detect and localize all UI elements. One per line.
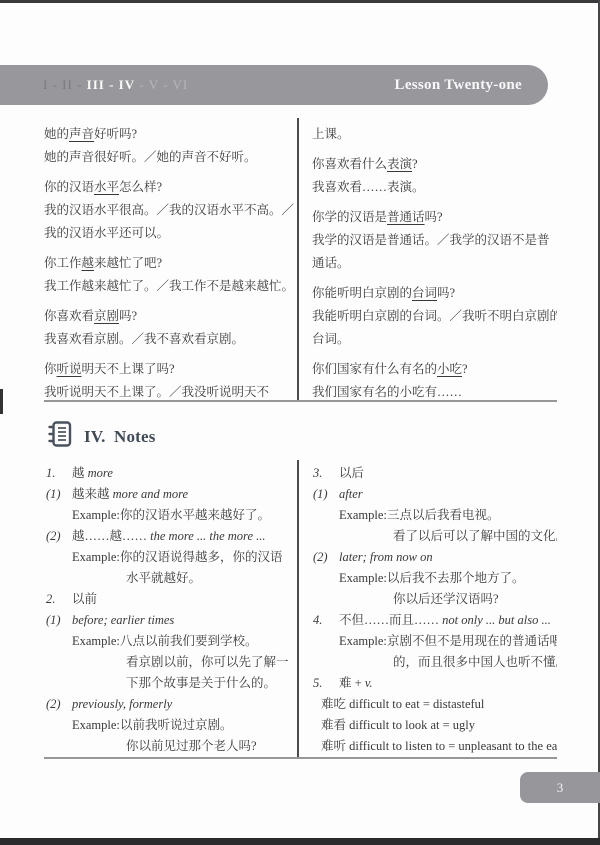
qa-group: 你喜欢看京剧吗?我喜欢看京剧。／我不喜欢看京剧。 (44, 305, 297, 351)
note-row: (1)after (311, 484, 557, 505)
key-word-underlined: 声音 (69, 127, 94, 141)
qa-line: 你学的汉语是普通话吗? (312, 206, 557, 229)
qa-line: 你喜欢看京剧吗? (44, 305, 297, 328)
note-row: 你以后还学汉语吗? (311, 589, 557, 610)
note-label: Example: (72, 715, 120, 736)
note-text: 越 more (72, 466, 113, 480)
qa-line: 我能听明白京剧的台词。／我听不明白京剧的 (312, 305, 557, 328)
note-text: 难听 difficult to listen to = unpleasant t… (321, 739, 557, 753)
note-label: Example: (339, 568, 387, 589)
text-segment: 我的汉语水平很高。／我的汉语水平不高。／ (44, 203, 294, 217)
text-segment: 你工作 (44, 256, 82, 270)
note-label: 2. (46, 589, 55, 610)
text-segment: 的，而且很多中国人也听不懂。 (393, 655, 557, 669)
qa-line: 我的汉语水平还可以。 (44, 222, 297, 245)
text-segment: 你以前见过那个老人吗? (126, 739, 257, 753)
note-row: Example:以前我听说过京剧。 (44, 715, 297, 736)
qa-line: 上课。 (312, 123, 557, 146)
note-row: Example:你的汉语水平越来越好了。 (44, 505, 297, 526)
notes-column-left: 1.越 more(1)越来越 more and moreExample:你的汉语… (44, 460, 297, 757)
note-label: Example: (72, 547, 120, 568)
text-segment: 看了以后可以了解中国的文化。 (393, 529, 557, 543)
note-label: 4. (313, 610, 322, 631)
note-row: 4.不但……而且…… not only ... but also ... (311, 610, 557, 631)
qa-line: 你听说明天不上课了吗? (44, 358, 297, 381)
note-text: 难 + v. (339, 676, 373, 690)
text-segment: 你们国家有什么有名的 (312, 362, 437, 376)
note-text: 以前 (72, 592, 97, 606)
text-segment: 下那个故事是关于什么的。 (126, 676, 276, 690)
text-segment: more and more (113, 487, 188, 501)
note-row: Example:京剧不但不是用现在的普通话唱 (311, 631, 557, 652)
lesson-title: Lesson Twenty-one (395, 77, 522, 94)
text-segment: 你的汉语 (44, 180, 94, 194)
qa-group: 她的声音好听吗?她的声音很好听。／她的声音不好听。 (44, 123, 297, 169)
qa-line: 我听说明天不上课了。／我没听说明天不 (44, 381, 297, 400)
scan-edge-left-smudge (0, 389, 3, 414)
qa-group: 你学的汉语是普通话吗?我学的汉语是普通话。／我学的汉语不是普通话。 (312, 206, 557, 275)
note-row: 难吃 difficult to eat = distasteful (311, 694, 557, 715)
text-segment: later; from now on (339, 550, 433, 564)
text-segment: 我喜欢看……表演。 (312, 180, 425, 194)
text-segment: 我喜欢看京剧。／我不喜欢看京剧。 (44, 332, 244, 346)
qa-line: 你们国家有什么有名的小吃? (312, 358, 557, 381)
note-label: (1) (46, 484, 61, 505)
qa-line: 你工作越来越忙了吧? (44, 252, 297, 275)
text-segment: 你 (44, 362, 57, 376)
nav-roman-numerals: III - IV (87, 77, 135, 92)
note-label: Example: (339, 631, 387, 652)
qa-group: 你能听明白京剧的台词吗?我能听明白京剧的台词。／我听不明白京剧的台词。 (312, 282, 557, 351)
scan-edge-top (0, 0, 600, 3)
key-word-underlined: 听说 (57, 362, 82, 376)
notes-section-title: IV. Notes (84, 427, 156, 447)
text-segment: 难 + (339, 676, 365, 690)
note-label: 1. (46, 463, 55, 484)
text-segment: not only ... but also ... (442, 613, 551, 627)
text-segment: the more ... the more ... (150, 529, 265, 543)
note-text: 不但……而且…… not only ... but also ... (339, 613, 551, 627)
note-text: later; from now on (339, 550, 433, 564)
text-segment: 越 (72, 466, 88, 480)
note-row: 1.越 more (44, 463, 297, 484)
key-word-underlined: 越 (82, 256, 95, 270)
text-segment: 我的汉语水平还可以。 (44, 226, 169, 240)
note-label: 3. (313, 463, 322, 484)
notes-section: 1.越 more(1)越来越 more and moreExample:你的汉语… (44, 460, 557, 759)
text-segment: 京剧不但不是用现在的普通话唱 (387, 634, 557, 648)
text-segment: 吗? (119, 309, 137, 323)
note-label: Example: (72, 631, 120, 652)
qa-line: 她的声音很好听。／她的声音不好听。 (44, 146, 297, 169)
key-word-underlined: 水平 (94, 180, 119, 194)
text-segment: 我能听明白京剧的台词。／我听不明白京剧的 (312, 309, 557, 323)
note-row: (2)previously, formerly (44, 694, 297, 715)
text-segment: 上课。 (312, 127, 350, 141)
text-segment: 你能听明白京剧的 (312, 286, 412, 300)
note-text: 水平就越好。 (126, 571, 201, 585)
note-text: 三点以后我看电视。 (387, 508, 500, 522)
note-text: 以前我听说过京剧。 (120, 718, 233, 732)
text-segment: ? (462, 362, 468, 376)
text-segment: 你喜欢看 (44, 309, 94, 323)
note-text: 你的汉语水平越来越好了。 (120, 508, 270, 522)
qa-line: 我工作越来越忙了。／我工作不是越来越忙。 (44, 275, 297, 298)
text-segment: 水平就越好。 (126, 571, 201, 585)
key-word-underlined: 小吃 (437, 362, 462, 376)
text-segment: v. (365, 676, 373, 690)
text-segment: 以前我听说过京剧。 (120, 718, 233, 732)
text-segment: 越……越…… (72, 529, 150, 543)
note-row: 3.以后 (311, 463, 557, 484)
text-segment: 我们国家有名的小吃有…… (312, 385, 462, 399)
text-segment: 难看 difficult to look at = ugly (321, 718, 475, 732)
text-segment: 台词。 (312, 332, 350, 346)
text-segment: 吗? (437, 286, 455, 300)
qa-line: 我学的汉语是普通话。／我学的汉语不是普 (312, 229, 557, 252)
qa-line: 我喜欢看……表演。 (312, 176, 557, 199)
page-number-tab: 3 (520, 772, 600, 803)
note-text: previously, formerly (72, 697, 172, 711)
note-text: 看京剧以前，你可以先了解一 (126, 655, 289, 669)
note-text: after (339, 487, 363, 501)
note-label: (2) (313, 547, 328, 568)
note-text: 你以后还学汉语吗? (393, 592, 499, 606)
section-nav: I - II - III - IV - V - VI (43, 77, 188, 93)
note-row: 下那个故事是关于什么的。 (44, 673, 297, 694)
text-segment: before; earlier times (72, 613, 174, 627)
note-text: 以后我不去那个地方了。 (387, 571, 525, 585)
note-label: 5. (313, 673, 322, 694)
key-word-underlined: 京剧 (94, 309, 119, 323)
note-row: (1)越来越 more and more (44, 484, 297, 505)
text-segment: 吗? (425, 210, 443, 224)
note-row: 难看 difficult to look at = ugly (311, 715, 557, 736)
text-segment: 我听说明天不上课了。／我没听说明天不 (44, 385, 269, 399)
notebook-icon (45, 419, 75, 454)
note-row: Example:以后我不去那个地方了。 (311, 568, 557, 589)
qa-group: 你工作越来越忙了吧?我工作越来越忙了。／我工作不是越来越忙。 (44, 252, 297, 298)
qa-section: 她的声音好听吗?她的声音很好听。／她的声音不好听。你的汉语水平怎么样?我的汉语水… (44, 118, 557, 402)
note-text: 难看 difficult to look at = ugly (321, 718, 475, 732)
qa-group: 上课。 (312, 123, 557, 146)
key-word-underlined: 普通话 (387, 210, 425, 224)
qa-group: 你们国家有什么有名的小吃?我们国家有名的小吃有…… (312, 358, 557, 400)
note-row: 2.以前 (44, 589, 297, 610)
note-row: Example:八点以前我们要到学校。 (44, 631, 297, 652)
note-label: (1) (46, 610, 61, 631)
note-row: 难听 difficult to listen to = unpleasant t… (311, 736, 557, 757)
note-text: 越……越…… the more ... the more ... (72, 529, 266, 543)
note-row: 你以前见过那个老人吗? (44, 736, 297, 757)
text-segment: 她的 (44, 127, 69, 141)
qa-line: 我的汉语水平很高。／我的汉语水平不高。／ (44, 199, 297, 222)
note-text: 京剧不但不是用现在的普通话唱 (387, 634, 557, 648)
note-row: 水平就越好。 (44, 568, 297, 589)
text-segment: 来越忙了吧? (94, 256, 162, 270)
text-segment: 以前 (72, 592, 97, 606)
header-bar: I - II - III - IV - V - VI Lesson Twenty… (0, 65, 548, 105)
note-row: 的，而且很多中国人也听不懂。 (311, 652, 557, 673)
qa-line: 你能听明白京剧的台词吗? (312, 282, 557, 305)
note-row: (2)越……越…… the more ... the more ... (44, 526, 297, 547)
qa-line: 通话。 (312, 252, 557, 275)
note-text: 下那个故事是关于什么的。 (126, 676, 276, 690)
qa-column-right: 上课。你喜欢看什么表演?我喜欢看……表演。你学的汉语是普通话吗?我学的汉语是普通… (297, 118, 557, 400)
text-segment: 难听 difficult to listen to = unpleasant t… (321, 739, 557, 753)
qa-line: 台词。 (312, 328, 557, 351)
qa-line: 我们国家有名的小吃有…… (312, 381, 557, 400)
note-text: 八点以前我们要到学校。 (120, 634, 258, 648)
nav-roman-numerals: I - II - (43, 77, 87, 92)
text-segment: 你喜欢看什么 (312, 157, 387, 171)
text-segment: after (339, 487, 363, 501)
nav-roman-numerals: - V - VI (135, 77, 188, 92)
text-segment: 不但……而且…… (339, 613, 442, 627)
note-text: 看了以后可以了解中国的文化。 (393, 529, 557, 543)
text-segment: previously, formerly (72, 697, 172, 711)
note-row: 看了以后可以了解中国的文化。 (311, 526, 557, 547)
text-segment: 她的声音很好听。／她的声音不好听。 (44, 150, 257, 164)
text-segment: 我学的汉语是普通话。／我学的汉语不是普 (312, 233, 550, 247)
text-segment: more (88, 466, 113, 480)
text-segment: 三点以后我看电视。 (387, 508, 500, 522)
note-row: (2)later; from now on (311, 547, 557, 568)
text-segment: 以后 (339, 466, 364, 480)
text-segment: 通话。 (312, 256, 350, 270)
qa-group: 你的汉语水平怎么样?我的汉语水平很高。／我的汉语水平不高。／我的汉语水平还可以。 (44, 176, 297, 245)
note-row: 5.难 + v. (311, 673, 557, 694)
note-text: 越来越 more and more (72, 487, 188, 501)
key-word-underlined: 台词 (412, 286, 437, 300)
qa-line: 你的汉语水平怎么样? (44, 176, 297, 199)
text-segment: 看京剧以前，你可以先了解一 (126, 655, 289, 669)
note-label: (2) (46, 694, 61, 715)
text-segment: 以后我不去那个地方了。 (387, 571, 525, 585)
note-text: 你以前见过那个老人吗? (126, 739, 257, 753)
qa-group: 你听说明天不上课了吗?我听说明天不上课了。／我没听说明天不 (44, 358, 297, 400)
note-row: (1)before; earlier times (44, 610, 297, 631)
note-row: 看京剧以前，你可以先了解一 (44, 652, 297, 673)
note-text: 难吃 difficult to eat = distasteful (321, 697, 484, 711)
qa-column-left: 她的声音好听吗?她的声音很好听。／她的声音不好听。你的汉语水平怎么样?我的汉语水… (44, 118, 297, 400)
note-label: Example: (72, 505, 120, 526)
note-text: 的，而且很多中国人也听不懂。 (393, 655, 557, 669)
text-segment: 越来越 (72, 487, 113, 501)
note-label: (1) (313, 484, 328, 505)
note-label: Example: (339, 505, 387, 526)
text-segment: 你以后还学汉语吗? (393, 592, 499, 606)
note-text: 你的汉语说得越多，你的汉语 (120, 550, 283, 564)
qa-line: 你喜欢看什么表演? (312, 153, 557, 176)
text-segment: 怎么样? (119, 180, 162, 194)
text-segment: 你的汉语说得越多，你的汉语 (120, 550, 283, 564)
notes-header: IV. Notes (45, 419, 156, 454)
note-text: before; earlier times (72, 613, 174, 627)
scan-edge-bottom (0, 838, 600, 845)
notes-column-right: 3.以后(1)afterExample:三点以后我看电视。看了以后可以了解中国的… (297, 460, 557, 757)
text-segment: 八点以前我们要到学校。 (120, 634, 258, 648)
qa-line: 我喜欢看京剧。／我不喜欢看京剧。 (44, 328, 297, 351)
note-text: 以后 (339, 466, 364, 480)
text-segment: 我工作越来越忙了。／我工作不是越来越忙。 (44, 279, 294, 293)
qa-line: 她的声音好听吗? (44, 123, 297, 146)
note-label: (2) (46, 526, 61, 547)
text-segment: 你的汉语水平越来越好了。 (120, 508, 270, 522)
text-segment: 你学的汉语是 (312, 210, 387, 224)
key-word-underlined: 表演 (387, 157, 412, 171)
note-row: Example:三点以后我看电视。 (311, 505, 557, 526)
page-number: 3 (557, 780, 564, 796)
qa-group: 你喜欢看什么表演?我喜欢看……表演。 (312, 153, 557, 199)
text-segment: 难吃 difficult to eat = distasteful (321, 697, 484, 711)
note-row: Example:你的汉语说得越多，你的汉语 (44, 547, 297, 568)
text-segment: ? (412, 157, 418, 171)
textbook-page: I - II - III - IV - V - VI Lesson Twenty… (0, 0, 600, 845)
text-segment: 好听吗? (94, 127, 137, 141)
text-segment: 明天不上课了吗? (82, 362, 175, 376)
